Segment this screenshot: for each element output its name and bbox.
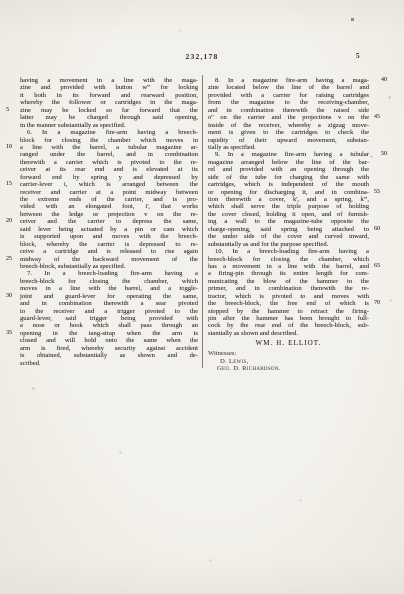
line-text: from the magazine to the receiving-chamb…: [208, 99, 369, 106]
text-line: 10. In a breech-loading fire-arm having …: [208, 248, 369, 255]
line-text: and in combination therewith the raised …: [208, 107, 369, 114]
line-text: stantially as shown and described.: [208, 330, 298, 337]
line-text: zine and provided with button w''' for l…: [20, 84, 198, 91]
line-text: a line with the barrel, a tubular magazi…: [20, 144, 198, 151]
line-text: ceiver and the carrier to depress the sa…: [20, 218, 198, 225]
line-text: has a movement in a line with the barrel…: [208, 263, 369, 270]
signature: WM. H. ELLIOT.: [208, 339, 369, 348]
line-text: the breech-block, the free end of which …: [208, 300, 369, 307]
text-line: said lever being actuated by a pin or ca…: [20, 226, 198, 233]
line-text: said lever being actuated by a pin or ca…: [20, 226, 198, 233]
line-text: primer, and in combination therewith the…: [208, 285, 369, 292]
line-text: is supported upon and moves with the bre…: [20, 233, 198, 240]
text-line: tractor, which is pivoted to and moves w…: [208, 293, 369, 300]
line-text: cock by the rear end of the breech-block…: [208, 322, 369, 329]
text-line: 10a line with the barrel, a tubular maga…: [20, 144, 198, 151]
text-line: a nose or hook which shall pass through …: [20, 322, 198, 329]
line-text: pin after the hammer has been brought to…: [208, 315, 369, 322]
line-text: block, whereby the carrier is depressed …: [20, 241, 198, 248]
line-text: a firing-pin through its entire length f…: [208, 270, 369, 277]
text-line: stopped by the hammer to retract the fir…: [208, 308, 369, 315]
line-number: 20: [6, 218, 17, 225]
patent-number: 232,178: [0, 52, 404, 61]
line-text: ceiver at its rear end and is elevated a…: [20, 166, 198, 173]
text-line: in the manner substantially as specified…: [20, 122, 198, 129]
line-number: 10: [6, 144, 17, 151]
text-line: magazine arranged below the line of the …: [208, 159, 369, 166]
line-text: ranged under the barrel, and in combinat…: [20, 151, 198, 158]
text-line: breech-block for closing the chamber, wh…: [20, 278, 198, 285]
text-line: primer, and in combination therewith the…: [208, 285, 369, 292]
text-line: rel and provided with an opening through…: [208, 166, 369, 173]
line-text: rapidity of their upward movement, subst…: [208, 137, 369, 144]
line-text: zine may be locked so far forward that t…: [20, 107, 198, 114]
line-number: 15: [6, 181, 17, 188]
line-text: closed and will hold onto the same when …: [20, 337, 198, 344]
line-text: rel and provided with an opening through…: [208, 166, 369, 173]
line-number: 45: [374, 114, 386, 121]
line-text: having a movement in a line with the mag…: [20, 77, 198, 84]
line-text: breech-block for closing the chamber, wh…: [20, 278, 198, 285]
text-line: between the ledge or projection v on the…: [20, 211, 198, 218]
text-line: and in combination therewith the raised …: [208, 107, 369, 114]
text-line: 70the breech-block, the free end of whic…: [208, 300, 369, 307]
text-line: 5zine may be locked so far forward that …: [20, 107, 198, 114]
text-line: is supported upon and moves with the bre…: [20, 233, 198, 240]
left-column: having a movement in a line with the mag…: [20, 77, 198, 367]
text-line: scribed.: [20, 360, 198, 367]
page-number: 5: [356, 52, 360, 60]
text-line: a firing-pin through its entire length f…: [208, 270, 369, 277]
line-text: breech-block, substantially as specified…: [20, 263, 125, 270]
line-text: a nose or hook which shall pass through …: [20, 322, 198, 329]
line-text: receiver and carrier at a point midway b…: [20, 189, 198, 196]
line-text: the extreme ends of the carrier, and is …: [20, 196, 198, 203]
line-number: 55: [374, 189, 386, 196]
text-line: which shall serve the triple purpose of …: [208, 203, 369, 210]
line-text: is obtained, substantially as shown and …: [20, 352, 198, 359]
line-text: therewith a carrier which is pivoted to …: [20, 159, 198, 166]
text-line: 35opening in the tang-strap when the arm…: [20, 330, 198, 337]
line-text: guard-lever, said trigger being provided…: [20, 315, 198, 322]
line-text: municating the blow of the hammer to the: [208, 278, 369, 285]
text-line: 25midway of the backward movement of the: [20, 256, 198, 263]
line-number: 50: [374, 151, 386, 158]
text-line: 20ceiver and the carrier to depress the …: [20, 218, 198, 225]
line-text: in the manner substantially as specified…: [20, 122, 125, 129]
text-line: zine and provided with button w''' for l…: [20, 84, 198, 91]
text-line: the cover closed, holding it open, and o…: [208, 211, 369, 218]
text-line: cartridges, which is independent of the …: [208, 181, 369, 188]
line-text: joint and guard-lever for operating the …: [20, 293, 198, 300]
paper-page: 232,178 5 having a movement in a line wi…: [0, 0, 404, 594]
text-line: the under side of the cover and curved i…: [208, 233, 369, 240]
text-line: from the magazine to the receiving-chamb…: [208, 99, 369, 106]
line-number: 5: [6, 107, 17, 114]
text-line: inside of the receiver, whereby a zigzag…: [208, 122, 369, 129]
witnesses-label: Witnesses:: [208, 350, 369, 357]
text-line: guard-lever, said trigger being provided…: [20, 315, 198, 322]
line-text: cartridges, which is independent of the …: [208, 181, 369, 188]
text-line: zine located below the line of the barre…: [208, 84, 369, 91]
line-number: 35: [6, 330, 17, 337]
text-line: vided with an elongated foot, i', that w…: [20, 203, 198, 210]
line-number: 60: [374, 226, 386, 233]
line-text: stopped by the hammer to retract the fir…: [208, 308, 369, 315]
text-line: latter may be charged through said openi…: [20, 114, 198, 121]
text-line: 45o'' on the carrier and the projections…: [208, 114, 369, 121]
text-line: is obtained, substantially as shown and …: [20, 352, 198, 359]
text-line: cock by the rear end of the breech-block…: [208, 322, 369, 329]
line-text: 10. In a breech-loading fire-arm having …: [215, 248, 369, 255]
line-text: the under side of the cover and curved i…: [208, 233, 369, 240]
line-number: 65: [374, 263, 386, 270]
line-text: o'' on the carrier and the projections v…: [208, 114, 369, 121]
line-text: 8. In a magazine fire-arm having a maga-: [215, 77, 369, 84]
line-text: carrier-lever i, which is arranged betwe…: [20, 181, 198, 188]
text-line: stantially as shown and described.: [208, 330, 369, 337]
line-text: midway of the backward movement of the: [20, 256, 198, 263]
line-text: ment is given to the cartridges to check…: [208, 129, 369, 136]
line-text: tially as specified.: [208, 144, 256, 151]
line-text: it both in its forward and rearward posi…: [20, 92, 198, 99]
line-text: tion therewith a cover, k', and a spring…: [208, 196, 369, 203]
line-text: or opening for discharging it, and in co…: [208, 189, 369, 196]
text-line: 15carrier-lever i, which is arranged bet…: [20, 181, 198, 188]
line-text: scribed.: [20, 360, 41, 367]
right-column: 408. In a magazine fire-arm having a mag…: [208, 77, 369, 372]
text-line: receiver and carrier at a point midway b…: [20, 189, 198, 196]
text-line: municating the blow of the hammer to the: [208, 278, 369, 285]
text-line: 7. In a breech-loading fire-arm having a: [20, 270, 198, 277]
text-line: moves in a line with the barrel, and a t…: [20, 285, 198, 292]
text-line: ranged under the barrel, and in combinat…: [20, 151, 198, 158]
witnesses-block: Witnesses: D. Lewis, Geo. D. Richardson.: [208, 350, 369, 372]
text-line: side of the tube for charging the same w…: [208, 174, 369, 181]
line-text: 9. In a magazine fire-arm having a tubul…: [215, 151, 369, 158]
line-text: tractor, which is pivoted to and moves w…: [208, 293, 369, 300]
line-text: to the receiver and a trigger pivoted to…: [20, 308, 198, 315]
text-line: ceive a cartridge and is released to ris…: [20, 248, 198, 255]
text-line: ment is given to the cartridges to check…: [208, 129, 369, 136]
line-text: which shall serve the triple purpose of …: [208, 203, 369, 210]
line-text: provided with a carrier for raising cart…: [208, 92, 369, 99]
line-text: 7. In a breech-loading fire-arm having a: [27, 270, 198, 277]
text-line: whereby the follower or cartridges in th…: [20, 99, 198, 106]
text-line: 55or opening for discharging it, and in …: [208, 189, 369, 196]
text-line: 30joint and guard-lever for operating th…: [20, 293, 198, 300]
line-text: breech-block for closing the chamber, wh…: [208, 256, 369, 263]
line-text: inside of the receiver, whereby a zigzag…: [208, 122, 369, 129]
scan-speck: [0, 0, 1, 1]
text-line: and in combination therewith a sear pivo…: [20, 300, 198, 307]
line-text: opening in the tang-strap when the arm i…: [20, 330, 198, 337]
line-text: charge-opening, said spring being attach…: [208, 226, 369, 233]
text-line: closed and will hold onto the same when …: [20, 337, 198, 344]
line-text: 6. In a magazine fire-arm having a breec…: [27, 129, 198, 136]
line-text: latter may be charged through said openi…: [20, 114, 198, 121]
line-text: between the ledge or projection v on the…: [20, 211, 198, 218]
text-line: substantially as and for the purpose spe…: [208, 241, 369, 248]
line-text: forward end by spring y and depressed by: [20, 174, 198, 181]
text-line: forward end by spring y and depressed by: [20, 174, 198, 181]
witness-name: D. Lewis,: [208, 358, 369, 365]
line-text: ceive a cartridge and is released to ris…: [20, 248, 198, 255]
line-text: and in combination therewith a sear pivo…: [20, 300, 198, 307]
line-text: block for closing the chamber which move…: [20, 137, 198, 144]
line-number: 30: [6, 293, 17, 300]
line-text: arm is fired, whereby security against a…: [20, 345, 198, 352]
text-line: 6. In a magazine fire-arm having a breec…: [20, 129, 198, 136]
line-text: side of the tube for charging the same w…: [208, 174, 369, 181]
line-number: 25: [6, 256, 17, 263]
text-line: block for closing the chamber which move…: [20, 137, 198, 144]
text-line: ing a wall to the magazine-tube opposite…: [208, 218, 369, 225]
text-line: 509. In a magazine fire-arm having a tub…: [208, 151, 369, 158]
line-text: zine located below the line of the barre…: [208, 84, 369, 91]
text-line: arm is fired, whereby security against a…: [20, 345, 198, 352]
line-text: substantially as and for the purpose spe…: [208, 241, 328, 248]
line-text: moves in a line with the barrel, and a t…: [20, 285, 198, 292]
column-divider: [202, 75, 203, 368]
text-line: block, whereby the carrier is depressed …: [20, 241, 198, 248]
text-line: rapidity of their upward movement, subst…: [208, 137, 369, 144]
line-text: ing a wall to the magazine-tube opposite…: [208, 218, 369, 225]
witness-name: Geo. D. Richardson.: [208, 365, 369, 372]
line-text: vided with an elongated foot, i', that w…: [20, 203, 198, 210]
text-line: therewith a carrier which is pivoted to …: [20, 159, 198, 166]
text-line: breech-block for closing the chamber, wh…: [208, 256, 369, 263]
line-text: whereby the follower or cartridges in th…: [20, 99, 198, 106]
text-line: to the receiver and a trigger pivoted to…: [20, 308, 198, 315]
line-number: 40: [374, 77, 386, 84]
line-text: the cover closed, holding it open, and o…: [208, 211, 369, 218]
text-line: ceiver at its rear end and is elevated a…: [20, 166, 198, 173]
line-number: 70: [374, 300, 386, 307]
line-text: magazine arranged below the line of the …: [208, 159, 369, 166]
